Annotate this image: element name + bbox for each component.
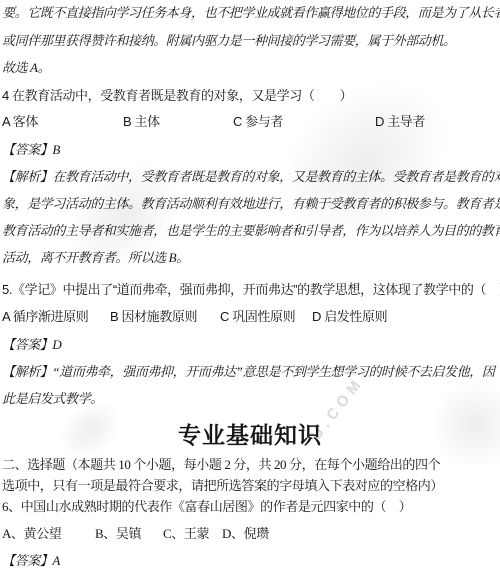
question-6-option-a: A、黄公望: [2, 524, 61, 544]
question-4-analysis-line-1: 【解析】在教育活动中，受教育者既是教育的对象，又是教育的主体。受教育者是教育的对: [2, 167, 498, 187]
question-4-analysis-line-4: 活动，离不开教育者。所以选 B。: [2, 248, 498, 268]
question-4-answer: 【答案】B: [2, 140, 498, 160]
question-6-option-c: C、王蒙: [163, 524, 209, 544]
question-4-options-row: A 客体 B 主体 C 参与者 D 主导者: [2, 112, 498, 132]
intro-paragraph-line-2: 或同伴那里获得赞许和接纳。附属内驱力是一种间接的学习需要，属于外部动机。: [2, 31, 498, 51]
question-4-option-c: C 参与者: [233, 112, 283, 132]
question-4-option-b: B 主体: [123, 112, 160, 132]
question-6-option-d: D、倪瓒: [222, 524, 269, 544]
question-5-stem: 5.《学记》中提出了“道而弗牵，强而弗抑，开而弗达”的教学思想，这体现了教学中的…: [2, 280, 498, 300]
question-4-analysis-line-2: 象，是学习活动的主体。教育活动顺利有效地进行，有赖于受教育者的积极参与。教育者是: [2, 194, 498, 214]
question-5-option-c: C 巩固性原则: [220, 307, 295, 327]
question-5-options-row: A 循序渐进原则 B 因材施教原则 C 巩固性原则 D 启发性原则: [2, 307, 498, 327]
question-4-stem: 4 在教育活动中，受教育者既是教育的对象，又是学习（ ）: [2, 86, 498, 106]
question-6-stem: 6、中国山水成熟时期的代表作《富春山居图》的作者是元四家中的（ ）: [2, 497, 498, 517]
question-4-analysis-line-3: 教育活动的主导者和实施者，也是学生的主要影响者和引导者，作为以培养人为目的的教育: [2, 221, 498, 241]
question-4-option-d: D 主导者: [375, 112, 425, 132]
section-heading: 专业基础知识: [0, 421, 500, 449]
intro-conclusion: 故选 A。: [2, 58, 498, 78]
watermark-smudge: [46, 139, 203, 292]
question-6-answer: 【答案】A: [2, 551, 498, 571]
question-5-option-a: A 循序渐进原则: [2, 307, 88, 327]
section-intro-line-2: 选项中，只有一项是最符合要求，请把所选答案的字母填入下表对应的空格内）: [2, 476, 498, 496]
question-5-option-b: B 因材施教原则: [110, 307, 197, 327]
intro-paragraph-line-1: 要。它既不直接指向学习任务本身，也不把学业成就看作赢得地位的手段，而是为了从长者: [2, 3, 498, 23]
question-5-option-d: D 启发性原则: [312, 307, 387, 327]
exam-document-page: U.COM 要。它既不直接指向学习任务本身，也不把学业成就看作赢得地位的手段，而…: [0, 0, 500, 579]
question-5-analysis-line-2: 此是启发式教学。: [2, 389, 498, 409]
question-6-options-row: A、黄公望 B、吴镇 C、王蒙 D、倪瓒: [2, 524, 498, 544]
question-5-analysis-line-1: 【解析】“道而弗牵，强而弗抑，开而弗达”意思是不到学生想学习的时候不去启发他，因: [2, 362, 498, 382]
section-intro-line-1: 二、选择题（本题共 10 个小题，每小题 2 分，共 20 分，在每个小题给出的…: [2, 455, 498, 475]
question-6-option-b: B、吴镇: [95, 524, 141, 544]
question-5-answer: 【答案】D: [2, 335, 498, 355]
question-4-option-a: A 客体: [2, 112, 38, 132]
